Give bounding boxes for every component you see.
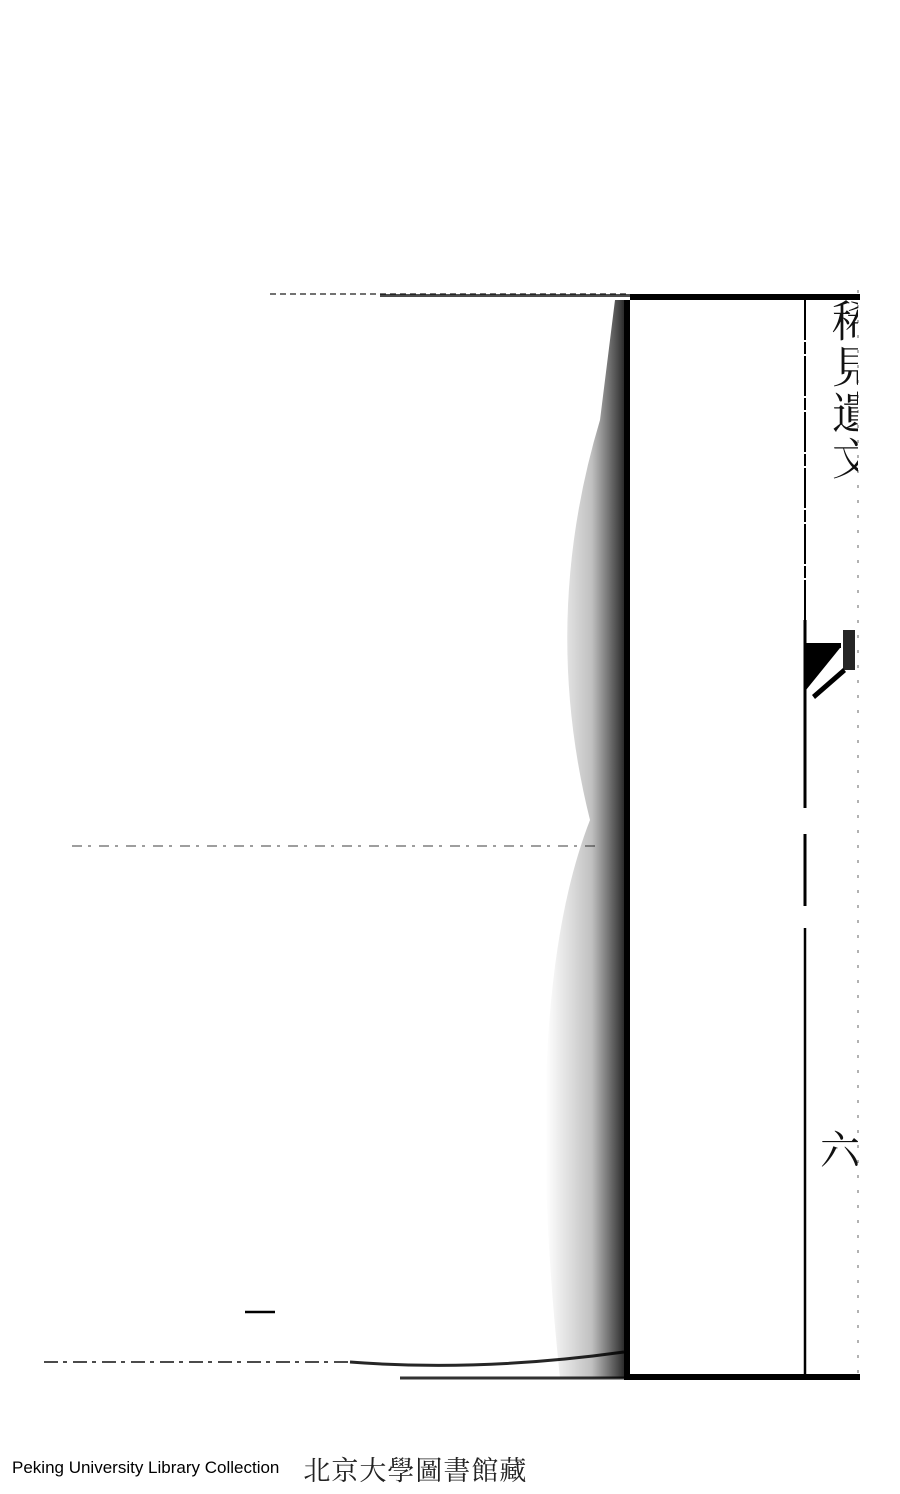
banxin-page-number-text: 六	[820, 1128, 858, 1174]
collection-label-chinese: 北京大學圖書館藏	[303, 1449, 527, 1488]
page-frame-drawing	[0, 0, 900, 1420]
collection-label-english: Peking University Library Collection	[12, 1458, 279, 1478]
banxin-title-text: 稀見遺文	[826, 298, 858, 482]
banxin-title: 稀見遺文	[812, 298, 858, 508]
banxin-page-number: 六	[812, 1128, 858, 1188]
scanned-page	[0, 0, 900, 1420]
collection-footer: Peking University Library Collection 北京大…	[12, 1448, 527, 1488]
